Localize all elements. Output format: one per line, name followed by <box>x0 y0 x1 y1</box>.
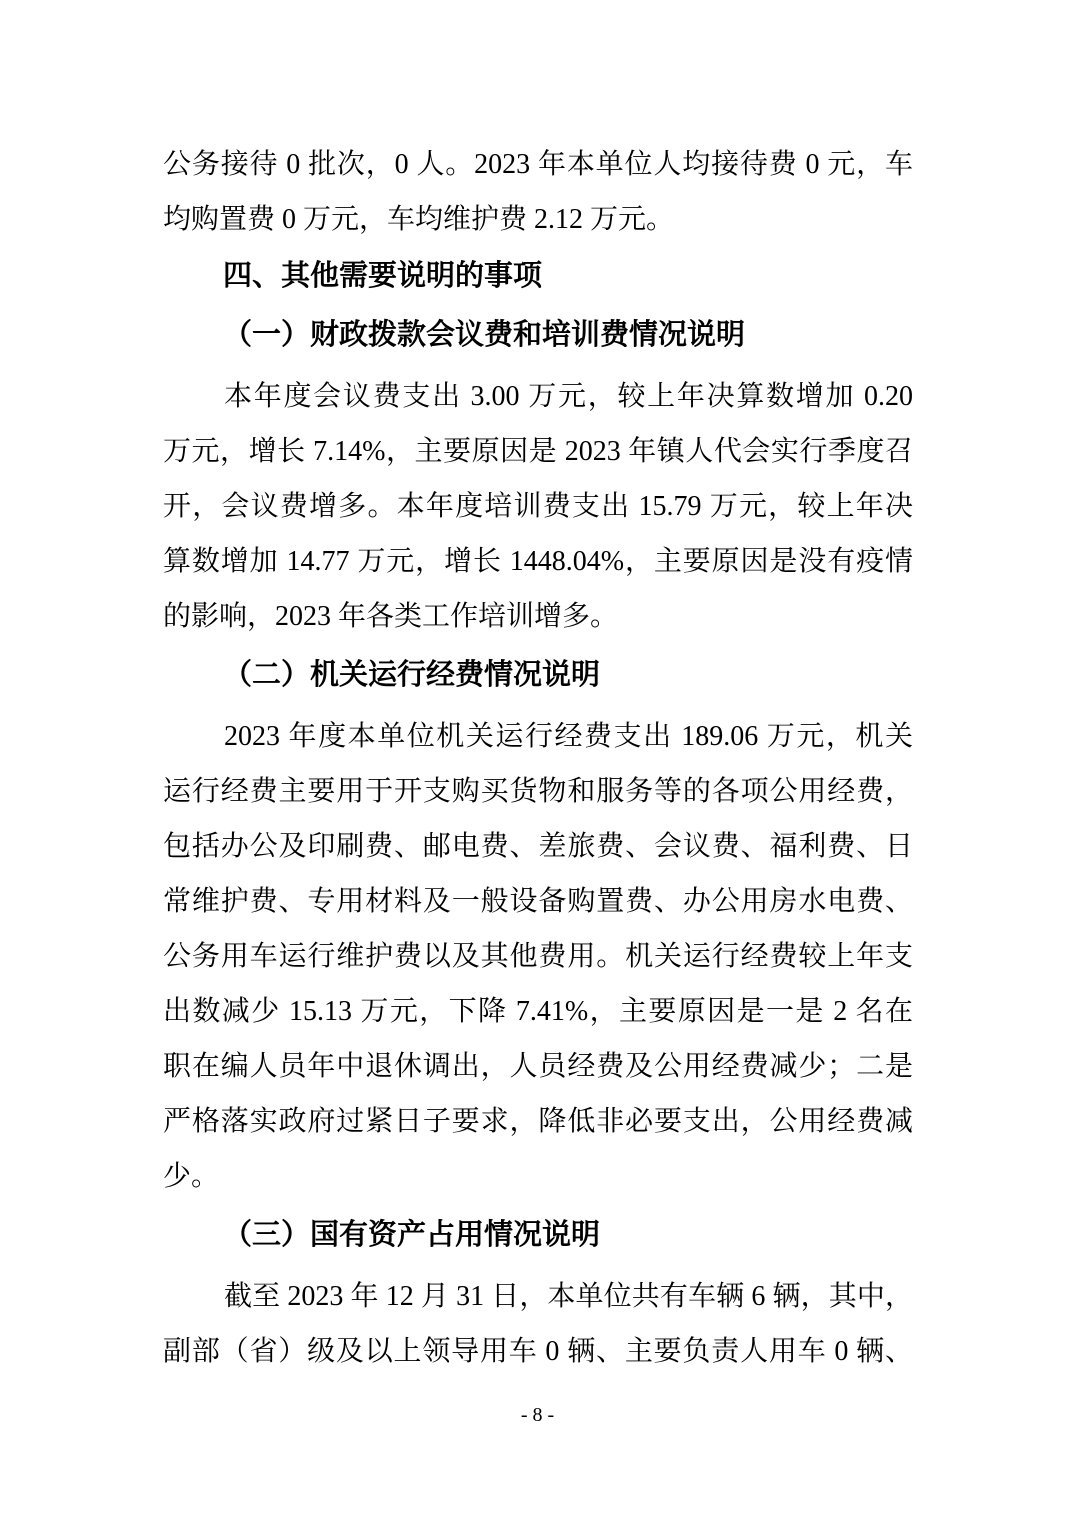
page-footer: - 8 - <box>0 1400 1075 1430</box>
document-line: 常维护费、专用材料及一般设备购置费、办公用房水电费、 <box>163 874 913 929</box>
subsection-heading: （一）财政拨款会议费和培训费情况说明 <box>163 308 913 363</box>
document-line: 本年度会议费支出 3.00 万元，较上年决算数增加 0.20 <box>163 369 913 424</box>
document-line: 运行经费主要用于开支购买货物和服务等的各项公用经费， <box>163 764 913 819</box>
document-line: 包括办公及印刷费、邮电费、差旅费、会议费、福利费、日 <box>163 819 913 874</box>
document-line: 副部（省）级及以上领导用车 0 辆、主要负责人用车 0 辆、 <box>163 1324 913 1379</box>
document-line: 算数增加 14.77 万元，增长 1448.04%，主要原因是没有疫情 <box>163 534 913 589</box>
subsection-heading: （三）国有资产占用情况说明 <box>163 1208 913 1263</box>
document-line: 2023 年度本单位机关运行经费支出 189.06 万元，机关 <box>163 709 913 764</box>
document-line: 的影响，2023 年各类工作培训增多。 <box>163 589 913 644</box>
document-line: 均购置费 0 万元，车均维护费 2.12 万元。 <box>163 192 913 247</box>
document-line: 严格落实政府过紧日子要求，降低非必要支出，公用经费减 <box>163 1094 913 1149</box>
document-line: 职在编人员年中退休调出，人员经费及公用经费减少；二是 <box>163 1039 913 1094</box>
document-body: 公务接待 0 批次，0 人。2023 年本单位人均接待费 0 元，车 均购置费 … <box>163 137 913 1379</box>
document-line: 截至 2023 年 12 月 31 日，本单位共有车辆 6 辆，其中， <box>163 1269 913 1324</box>
section-heading: 四、其他需要说明的事项 <box>163 249 913 304</box>
document-line: 公务用车运行维护费以及其他费用。机关运行经费较上年支 <box>163 929 913 984</box>
document-line: 开，会议费增多。本年度培训费支出 15.79 万元，较上年决 <box>163 479 913 534</box>
document-line: 少。 <box>163 1149 913 1204</box>
document-line: 公务接待 0 批次，0 人。2023 年本单位人均接待费 0 元，车 <box>163 137 913 192</box>
document-line: 万元，增长 7.14%，主要原因是 2023 年镇人代会实行季度召 <box>163 424 913 479</box>
page-number: - 8 - <box>521 1404 554 1426</box>
document-line: 出数减少 15.13 万元，下降 7.41%，主要原因是一是 2 名在 <box>163 984 913 1039</box>
subsection-heading: （二）机关运行经费情况说明 <box>163 648 913 703</box>
document-page: 公务接待 0 批次，0 人。2023 年本单位人均接待费 0 元，车 均购置费 … <box>0 0 1075 1520</box>
